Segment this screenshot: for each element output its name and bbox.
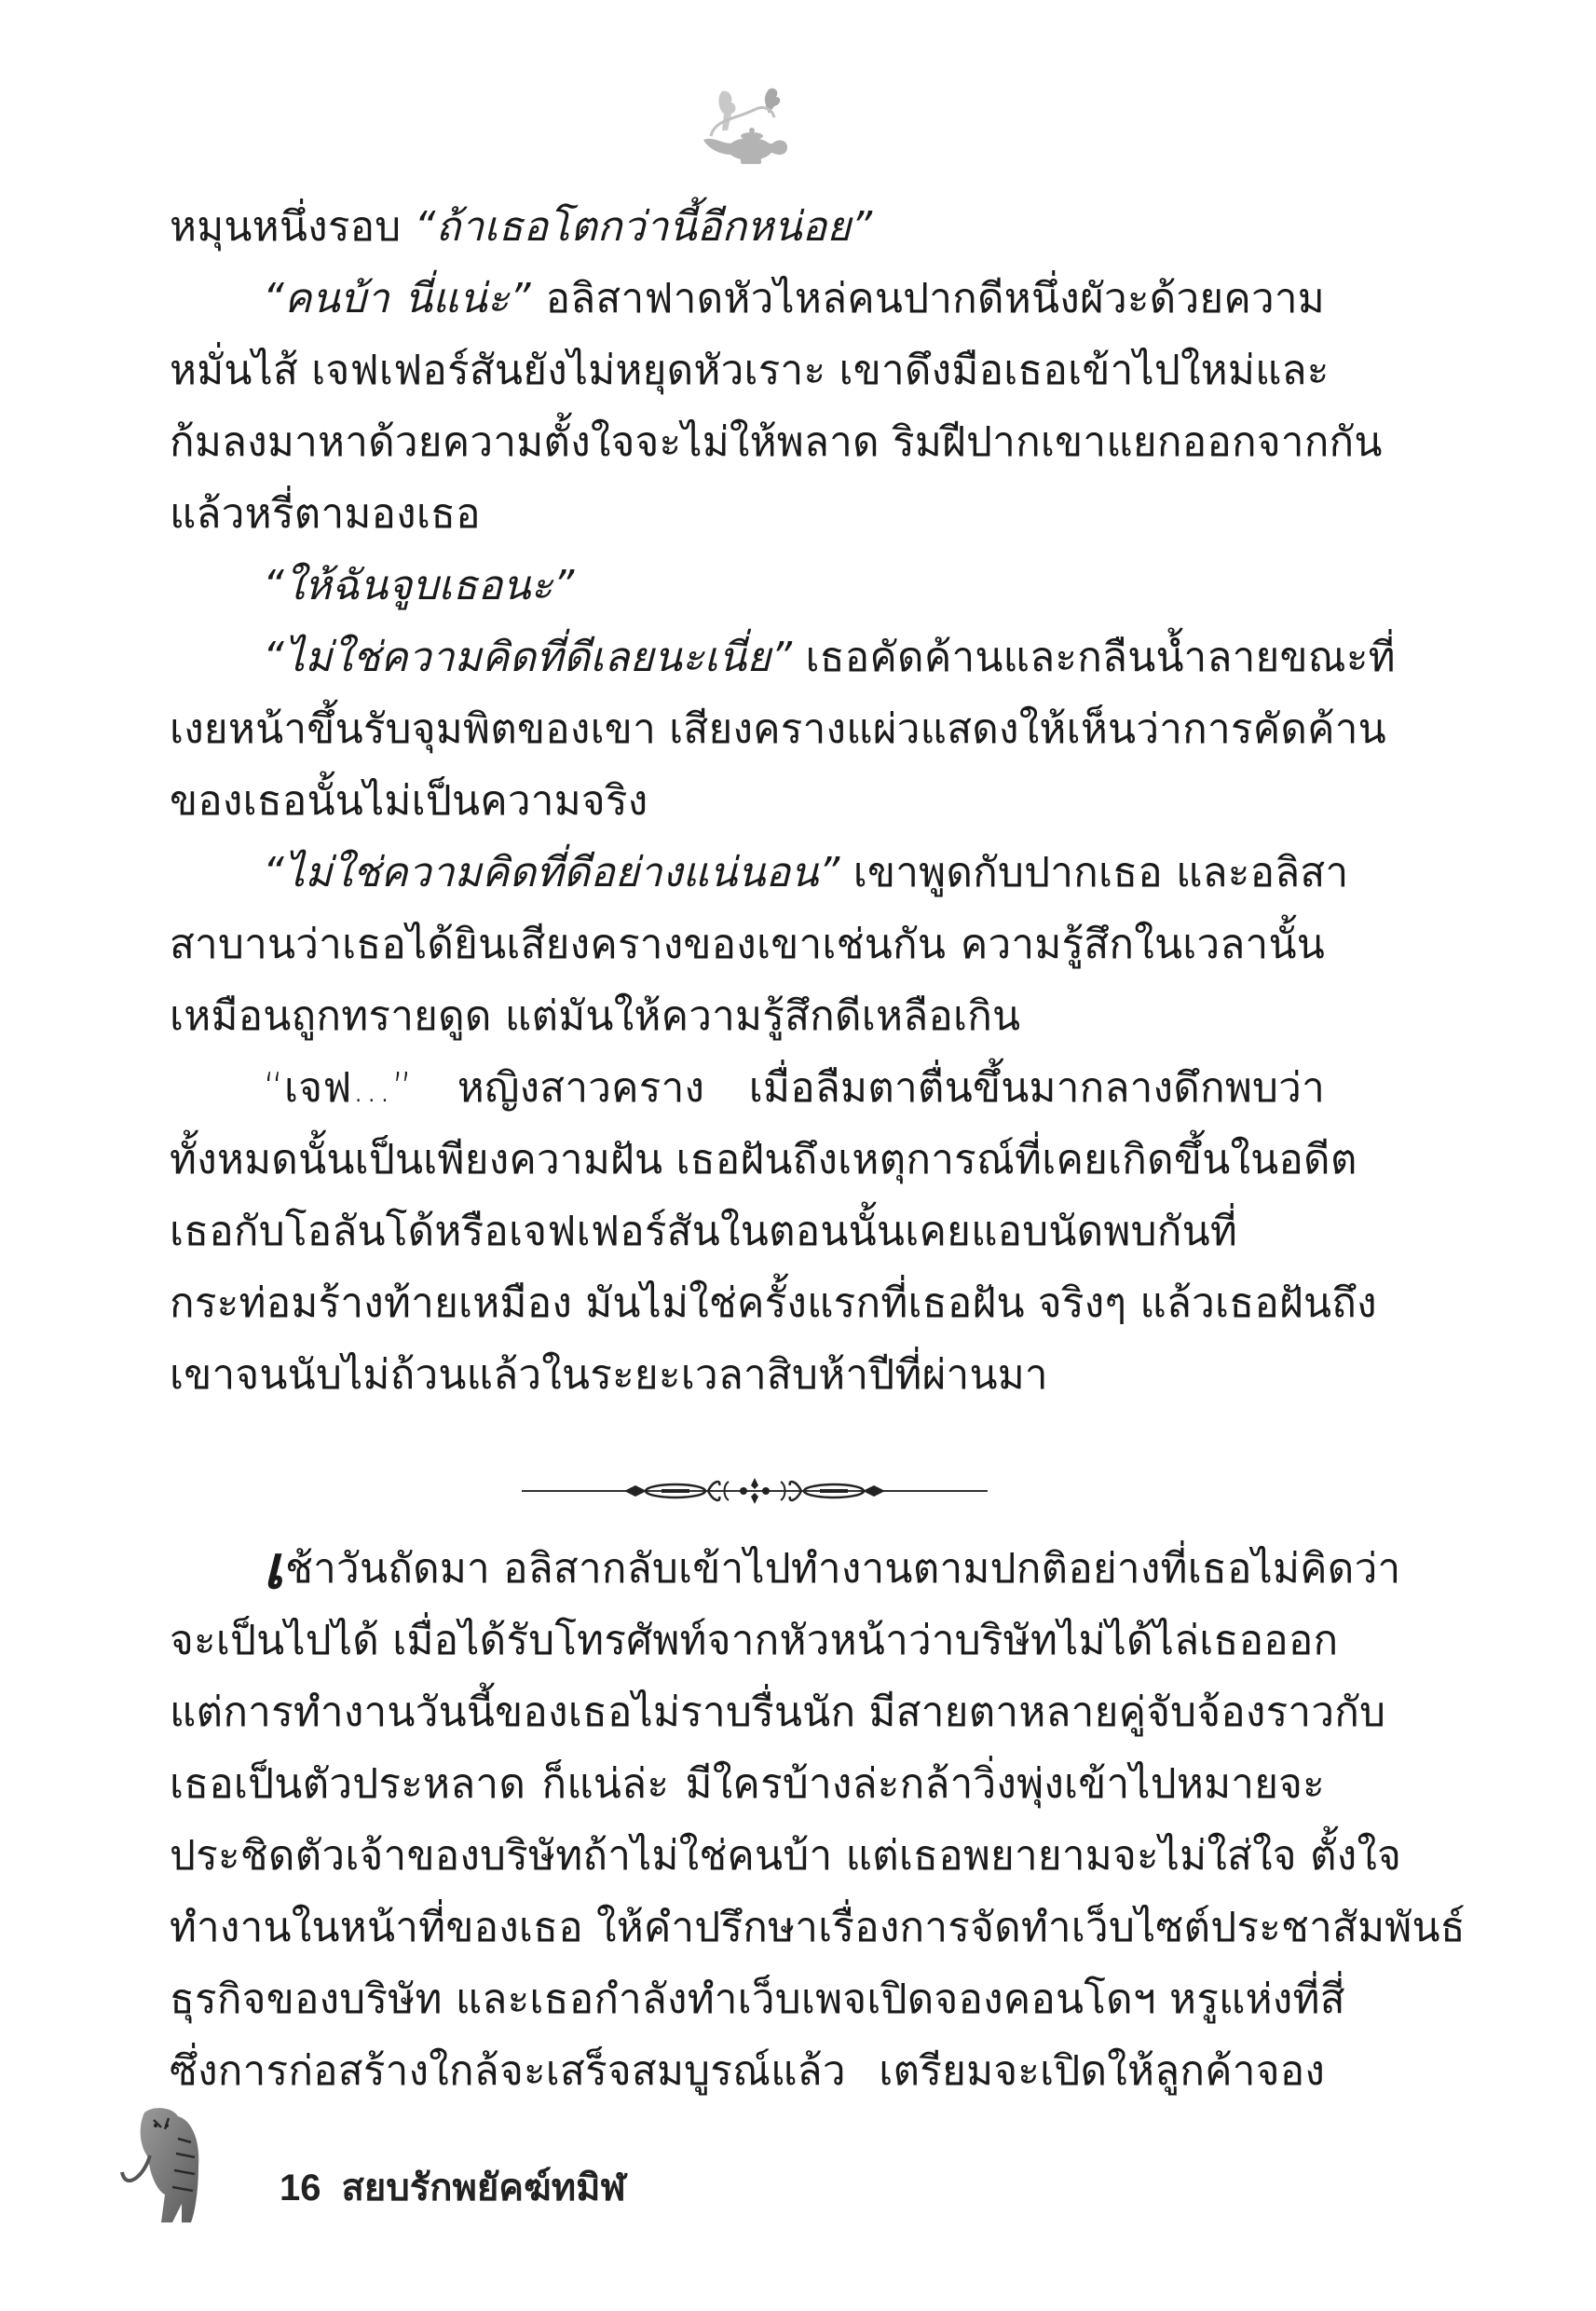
body-text-section-1: หมุนหนึ่งรอบ “ถ้าเธอโตกว่านี้อีกหน่อย”“ค… [170, 191, 1325, 1411]
text-line: ซึ่งการก่อสร้างใกล้จะเสร็จสมบูรณ์แล้ว เต… [170, 2035, 1325, 2107]
narrative-text: เธอคัดค้านและกลืนน้ำลายขณะที่ [792, 634, 1396, 681]
text-line: กระท่อมร้างท้ายเหมือง มันไม่ใช่ครั้งแรกท… [170, 1267, 1325, 1339]
flourish-divider-icon [522, 1472, 988, 1510]
narrative-text: เหมือนถูกทรายดูด แต่มันให้ความรู้สึกดีเห… [170, 992, 1020, 1040]
narrative-text: เขาจนนับไม่ถ้วนแล้วในระยะเวลาสิบห้าปีที่… [170, 1351, 1048, 1399]
text-line: “เจฟ...” หญิงสาวคราง เมื่อลืมตาตื่นขึ้นม… [170, 1052, 1325, 1124]
narrative-text: แล้วหรี่ตามองเธอ [170, 490, 481, 538]
dialogue-text: “คนบ้า นี่แน่ะ” [263, 275, 531, 322]
text-line: เธอกับโอลันโด้หรือเจฟเฟอร์สันในตอนนั้นเค… [170, 1196, 1325, 1267]
dialogue-text: “ถ้าเธอโตกว่านี้อีกหน่อย” [415, 203, 873, 251]
narrative-text: ของเธอนั้นไม่เป็นความจริง [170, 777, 648, 825]
narrative-text: “เจฟ...” หญิงสาวคราง เมื่อลืมตาตื่นขึ้นม… [263, 1064, 1325, 1112]
page-number: 16 [280, 2167, 321, 2208]
text-line: จะเป็นไปได้ เมื่อได้รับโทรศัพท์จากหัวหน้… [170, 1605, 1325, 1676]
narrative-text: กระท่อมร้างท้ายเหมือง มันไม่ใช่ครั้งแรกท… [170, 1279, 1377, 1327]
text-line: “ไม่ใช่ความคิดที่ดีอย่างแน่นอน” เขาพูดกั… [170, 837, 1325, 909]
page-folio: 16สยบรักพยัคฆ์ทมิฬ [280, 2157, 626, 2217]
text-run: ช้าวันถัดมา อลิสากลับเข้าไปทำงานตามปกติอ… [285, 1545, 1400, 1593]
text-line: ทั้งหมดนั้นเป็นเพียงความฝัน เธอฝันถึงเหต… [170, 1124, 1325, 1196]
page-footer: 16สยบรักพยัคฆ์ทมิฬ [116, 2101, 769, 2232]
text-line: ประชิดตัวเจ้าของบริษัทถ้าไม่ใช่คนบ้า แต่… [170, 1820, 1325, 1892]
text-line: หมุนหนึ่งรอบ “ถ้าเธอโตกว่านี้อีกหน่อย” [170, 191, 1325, 263]
drop-cap: เ [263, 1548, 283, 1589]
text-line: “ไม่ใช่ความคิดที่ดีเลยนะเนี่ย” เธอคัดค้า… [170, 622, 1325, 693]
text-line: หมั่นไส้ เจฟเฟอร์สันยังไม่หยุดหัวเราะ เข… [170, 335, 1325, 406]
text-line: แล้วหรี่ตามองเธอ [170, 478, 1325, 550]
text-line: เหมือนถูกทรายดูด แต่มันให้ความรู้สึกดีเห… [170, 980, 1325, 1052]
text-line: ธุรกิจของบริษัท และเธอกำลังทำเว็บเพจเปิด… [170, 1963, 1325, 2035]
narrative-text: เธอกับโอลันโด้หรือเจฟเฟอร์สันในตอนนั้นเค… [170, 1208, 1237, 1255]
text-line: เงยหน้าขึ้นรับจุมพิตของเขา เสียงครางแผ่ว… [170, 693, 1325, 765]
text-line: สาบานว่าเธอได้ยินเสียงครางของเขาเช่นกัน … [170, 909, 1325, 980]
dialogue-text: “ไม่ใช่ความคิดที่ดีเลยนะเนี่ย” [263, 634, 792, 681]
narrative-text: ก้มลงมาหาด้วยความตั้งใจจะไม่ให้พลาด ริมฝ… [170, 418, 1383, 466]
text-line: ก้มลงมาหาด้วยความตั้งใจจะไม่ให้พลาด ริมฝ… [170, 406, 1325, 478]
paragraph-first-line: เช้าวันถัดมา อลิสากลับเข้าไปทำงานตามปกติ… [170, 1533, 1325, 1605]
dialogue-text: “ให้ฉันจูบเธอนะ” [263, 562, 574, 609]
text-line: เธอเป็นตัวประหลาด ก็แน่ล่ะ มีใครบ้างล่ะก… [170, 1748, 1325, 1820]
genie-lamp-cupid-icon [694, 82, 797, 166]
text-line: “ให้ฉันจูบเธอนะ” [170, 550, 1325, 622]
narrative-text: หมั่นไส้ เจฟเฟอร์สันยังไม่หยุดหัวเราะ เข… [170, 347, 1330, 394]
tiger-icon [116, 2101, 219, 2232]
narrative-text: เงยหน้าขึ้นรับจุมพิตของเขา เสียงครางแผ่ว… [170, 705, 1386, 753]
text-line: “คนบ้า นี่แน่ะ” อลิสาฟาดหัวไหล่คนปากดีหน… [170, 263, 1325, 335]
text-line: แต่การทำงานวันนี้ของเธอไม่ราบรื่นนัก มีส… [170, 1676, 1325, 1748]
text-line: ของเธอนั้นไม่เป็นความจริง [170, 765, 1325, 837]
text-line: ทำงานในหน้าที่ของเธอ ให้คำปรึกษาเรื่องกา… [170, 1892, 1325, 1963]
narrative-text: อลิสาฟาดหัวไหล่คนปากดีหนึ่งผัวะด้วยความ [531, 275, 1325, 322]
dialogue-text: “ไม่ใช่ความคิดที่ดีอย่างแน่นอน” [263, 849, 840, 896]
narrative-text: หมุนหนึ่งรอบ [170, 203, 415, 251]
body-text-section-2: เช้าวันถัดมา อลิสากลับเข้าไปทำงานตามปกติ… [170, 1533, 1325, 2107]
text-line: เขาจนนับไม่ถ้วนแล้วในระยะเวลาสิบห้าปีที่… [170, 1339, 1325, 1411]
book-title: สยบรักพยัคฆ์ทมิฬ [342, 2167, 626, 2208]
narrative-text: เขาพูดกับปากเธอ และอลิสา [840, 849, 1349, 896]
narrative-text: สาบานว่าเธอได้ยินเสียงครางของเขาเช่นกัน … [170, 921, 1325, 968]
narrative-text: ทั้งหมดนั้นเป็นเพียงความฝัน เธอฝันถึงเหต… [170, 1136, 1357, 1183]
